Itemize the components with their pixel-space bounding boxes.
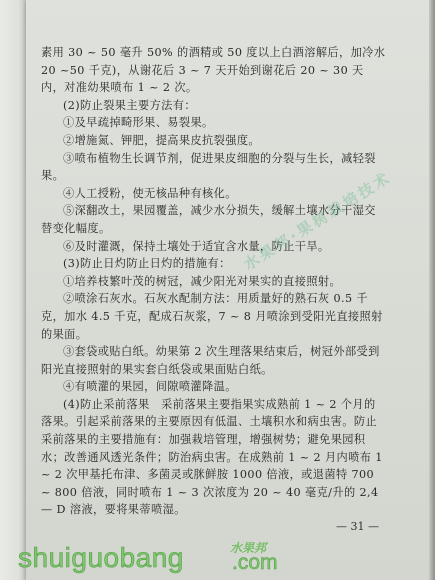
- left-page-edge: [0, 0, 26, 580]
- body-text: 素用 30 ~ 50 毫升 50% 的酒精或 50 度以上白酒溶解后，加冷水 2…: [41, 44, 386, 519]
- paragraph: ②增施氮、钾肥，提高果皮抗裂强度。: [41, 132, 386, 150]
- page-right-edge: [429, 0, 435, 580]
- paragraph: ②喷涂石灰水。石灰水配制方法：用质量好的熟石灰 0.5 千克，加水 4.5 千克…: [41, 290, 386, 343]
- paragraph: ④有喷灌的果园，间隙喷灌降温。: [41, 378, 386, 396]
- paragraph: ①培养枝繁叶茂的树冠，减少阳光对果实的直接照射。: [41, 273, 386, 291]
- paragraph: ③喷布植物生长调节剂，促进果皮细胞的分裂与生长，减轻裂果。: [41, 150, 386, 185]
- paragraph: (3)防止日灼防止日灼的措施有：: [41, 255, 386, 273]
- paragraph: ⑥及时灌溉，保持土壤处于适宜含水量，防止干旱。: [41, 238, 386, 256]
- site-watermark-tld: .com: [232, 551, 278, 575]
- paragraph: (4)防止采前落果 采前落果主要指果实成熟前 1 ~ 2 个月的落果。引起采前落…: [41, 396, 386, 519]
- paragraph: ①及早疏掉畸形果、易裂果。: [41, 114, 386, 132]
- paragraph: 素用 30 ~ 50 毫升 50% 的酒精或 50 度以上白酒溶解后，加冷水 2…: [41, 44, 386, 97]
- paragraph: ③套袋或贴白纸。幼果第 2 次生理落果结束后，树冠外部受到阳光直接照射的果实套白…: [41, 343, 386, 378]
- site-watermark: shuiguobang: [18, 542, 184, 574]
- paragraph: (2)防止裂果主要方法有：: [41, 97, 386, 115]
- page-number: — 31 —: [336, 520, 379, 533]
